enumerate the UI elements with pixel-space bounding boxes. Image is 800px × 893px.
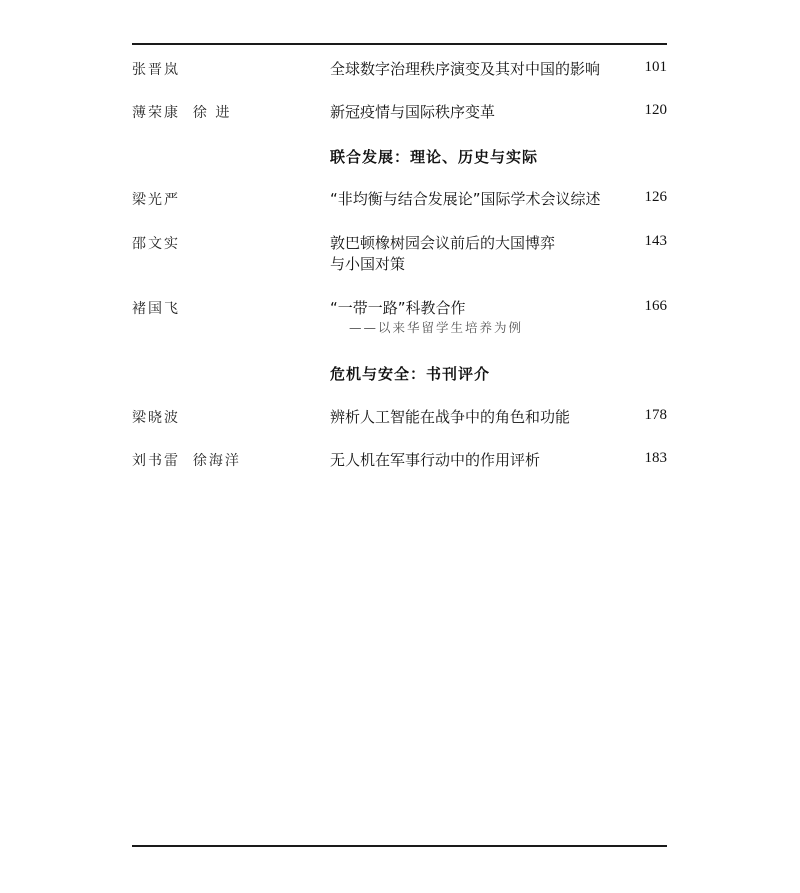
entry-page-number: 120 [645,102,668,119]
entry-author: 刘书雷 徐海洋 [132,450,241,470]
entry-title-line: “非均衡与结合发展论”国际学术会议综述 [330,189,601,210]
entry-title-line: 无人机在军事行动中的作用评析 [330,450,540,471]
section-heading: 联合发展：理论、历史与实际 [330,146,538,167]
entry-title: 全球数字治理秩序演变及其对中国的影响 [330,59,600,80]
entry-title: 新冠疫情与国际秩序变革 [330,102,495,123]
section-heading: 危机与安全：书刊评介 [330,363,490,384]
top-rule [132,43,667,45]
entry-page-number: 183 [645,450,668,467]
entry-author: 褚国飞 [132,298,180,318]
entry-author: 薄荣康 徐 进 [132,102,231,122]
entry-title: 敦巴顿橡树园会议前后的大国博弈 与小国对策 [330,233,555,275]
bottom-rule [132,845,667,847]
entry-page-number: 101 [645,59,668,76]
entry-title: “一带一路”科教合作 ——以来华留学生培养为例 [330,298,523,337]
entry-subtitle: ——以来华留学生培养为例 [349,319,523,337]
entry-page-number: 126 [645,189,668,206]
entry-title-line: 辨析人工智能在战争中的角色和功能 [330,407,570,428]
entry-title: 无人机在军事行动中的作用评析 [330,450,540,471]
entry-author: 邵文实 [132,233,180,253]
entry-title-line: 全球数字治理秩序演变及其对中国的影响 [330,59,600,80]
entry-title: 辨析人工智能在战争中的角色和功能 [330,407,570,428]
entry-page-number: 143 [645,233,668,250]
entry-author: 梁光严 [132,189,180,209]
entry-page-number: 178 [645,407,668,424]
entry-title-line: 敦巴顿橡树园会议前后的大国博弈 [330,233,555,254]
entry-author: 张晋岚 [132,59,180,79]
entry-title-line: “一带一路”科教合作 [330,298,523,319]
entry-author: 梁晓波 [132,407,180,427]
entry-title: “非均衡与结合发展论”国际学术会议综述 [330,189,601,210]
entry-page-number: 166 [645,298,668,315]
entry-title-line: 与小国对策 [330,254,555,275]
entry-title-line: 新冠疫情与国际秩序变革 [330,102,495,123]
